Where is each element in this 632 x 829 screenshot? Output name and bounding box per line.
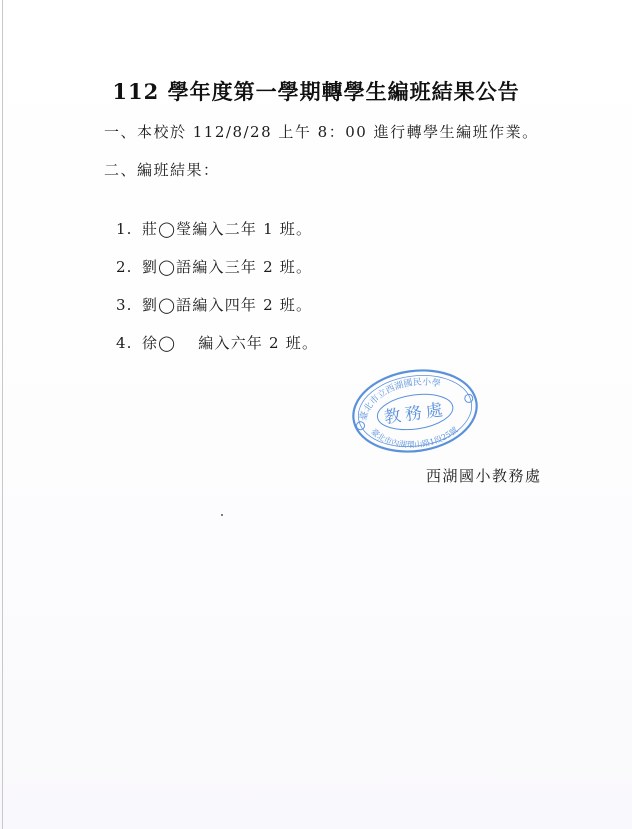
result-item: 2.劉◯語編入三年 2 班。: [104, 238, 312, 277]
result-text: 劉◯語編入四年 2 班。: [142, 296, 312, 314]
result-text: 莊◯瑩編入二年 1 班。: [142, 220, 312, 238]
scan-speck: [221, 514, 223, 516]
stamp-center-text: 教務處: [383, 400, 448, 429]
result-number: 4.: [116, 334, 142, 352]
result-item: 1.莊◯瑩編入二年 1 班。: [104, 200, 312, 239]
official-seal-stamp: 臺北市立西湖國民小學 教務處 臺北市內湖環山路1段25號: [345, 359, 486, 462]
scan-edge-line: [2, 0, 3, 829]
document-title: 112 學年度第一學期轉學生編班結果公告: [0, 76, 632, 106]
paragraph-results-heading: 二、編班結果：: [104, 159, 220, 180]
result-item: 3.劉◯語編入四年 2 班。: [104, 276, 312, 315]
issuer-signature: 西湖國小教務處: [426, 465, 542, 486]
result-number: 1.: [116, 220, 142, 238]
result-number: 2.: [116, 258, 142, 276]
result-item: 4.徐◯ 編入六年 2 班。: [104, 314, 318, 353]
result-text: 劉◯語編入三年 2 班。: [142, 258, 312, 276]
result-text: 徐◯ 編入六年 2 班。: [142, 334, 318, 352]
result-number: 3.: [116, 296, 142, 314]
paragraph-schedule: 一、本校於 112/8/28 上午 8：00 進行轉學生編班作業。: [104, 121, 539, 142]
